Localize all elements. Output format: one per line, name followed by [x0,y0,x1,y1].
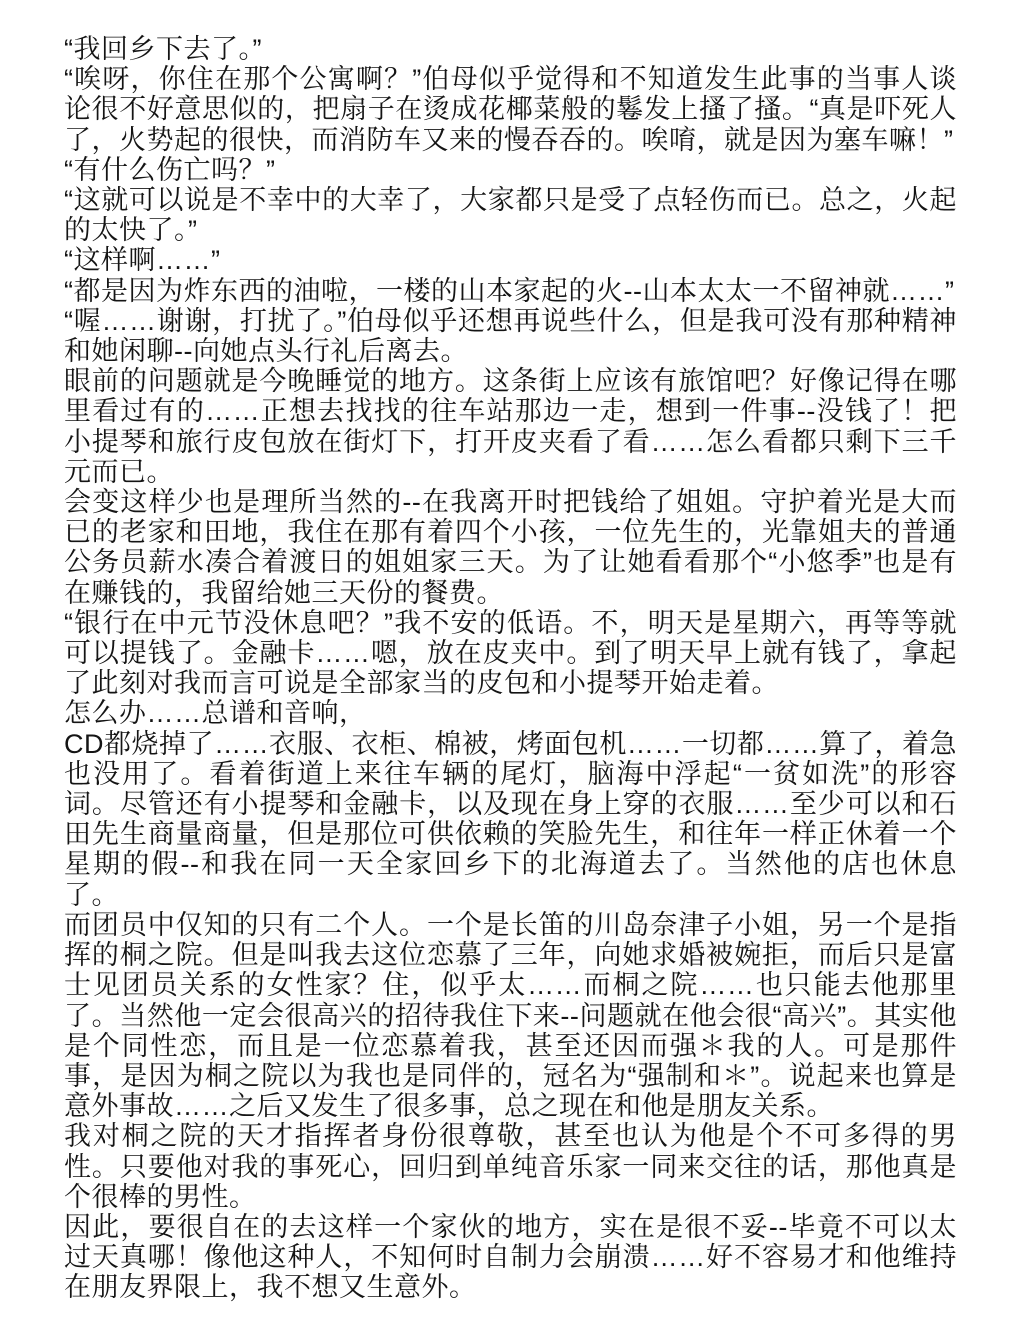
paragraph-narration: 会变这样少也是理所当然的--在我离开时把钱给了姐姐。守护着光是大而已的老家和田地… [64,487,957,608]
paragraph-dialogue: “这样啊……” [64,245,957,275]
paragraph-narration: 我对桐之院的天才指挥者身份很尊敬，甚至也认为他是个不可多得的男性。只要他对我的事… [64,1121,957,1212]
paragraph-narration: 眼前的问题就是今晚睡觉的地方。这条街上应该有旅馆吧？好像记得在哪里看过有的……正… [64,366,957,487]
paragraph-narration: “银行在中元节没休息吧？”我不安的低语。不，明天是星期六，再等等就可以提钱了。金… [64,608,957,699]
paragraph-dialogue: “我回乡下去了。” [64,34,957,64]
paragraph-narration: 怎么办……总谱和音响， [64,698,957,728]
novel-text-page: “我回乡下去了。” “唉呀，你住在那个公寓啊？”伯母似乎觉得和不知道发生此事的当… [64,34,957,1303]
paragraph-dialogue: “有什么伤亡吗？” [64,155,957,185]
paragraph-dialogue: “唉呀，你住在那个公寓啊？”伯母似乎觉得和不知道发生此事的当事人谈论很不好意思似… [64,64,957,155]
paragraph-narration: 而团员中仅知的只有二个人。一个是长笛的川岛奈津子小姐，另一个是指挥的桐之院。但是… [64,910,957,1121]
paragraph-dialogue: “喔……谢谢，打扰了。”伯母似乎还想再说些什么，但是我可没有那种精神和她闲聊--… [64,306,957,366]
paragraph-narration: 因此，要很自在的去这样一个家伙的地方，实在是很不妥--毕竟不可以太过天真哪！像他… [64,1212,957,1303]
paragraph-dialogue: “都是因为炸东西的油啦，一楼的山本家起的火--山本太太一不留神就……” [64,276,957,306]
paragraph-dialogue: “这就可以说是不幸中的大幸了，大家都只是受了点轻伤而已。总之，火起的太快了。” [64,185,957,245]
paragraph-narration: CD都烧掉了……衣服、衣柜、棉被，烤面包机……一切都……算了，着急也没用了。看着… [64,729,957,910]
